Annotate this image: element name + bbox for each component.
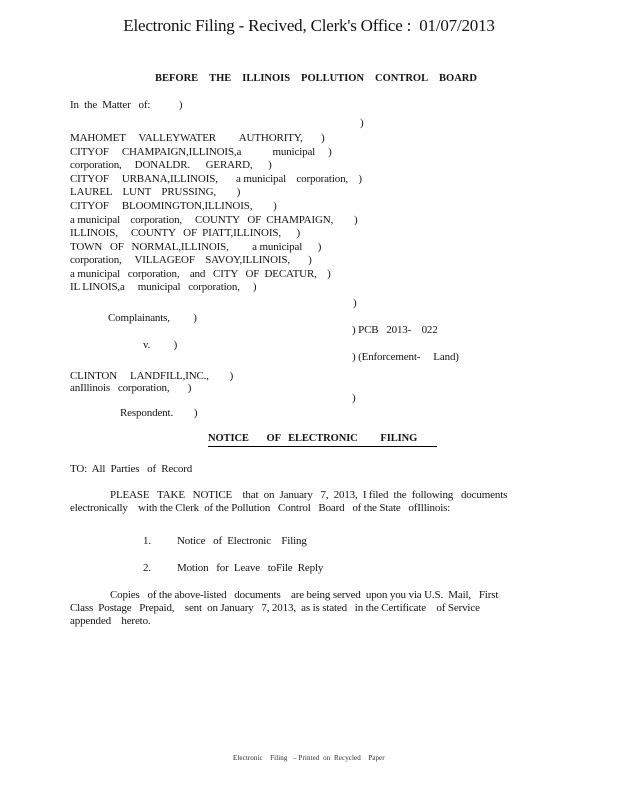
respondent-name-line: CLINTON LANDFILL,INC., ): [70, 370, 233, 383]
caption-line: LAUREL LUNT PRUSSING, ): [70, 186, 240, 199]
court-heading: BEFORE THE ILLINOIS POLLUTION CONTROL BO…: [155, 73, 477, 84]
caption-line: corporation, DONALDR. GERARD, ): [70, 159, 272, 172]
caption-line: CITYOF CHAMPAIGN,ILLINOIS,a municipal ): [70, 146, 332, 159]
in-the-matter-line: In the Matter of: ): [70, 99, 182, 112]
caption-line: CITYOF BLOOMINGTON,ILLINOIS, ): [70, 200, 277, 213]
service-paragraph-line: Class Postage Prepaid, sent on January 7…: [70, 602, 480, 615]
notice-paragraph-line: PLEASE TAKE NOTICE that on January 7, 20…: [110, 489, 507, 502]
service-paragraph-line: Copies of the above-listed documents are…: [110, 589, 498, 602]
court-heading-word: POLLUTION: [301, 73, 364, 84]
court-heading-word: BEFORE: [155, 73, 198, 84]
caption-line: IL LINOIS,a municipal corporation, ): [70, 281, 256, 294]
versus-label: v. ): [143, 339, 177, 352]
court-heading-word: CONTROL: [375, 73, 428, 84]
to-parties-line: TO: All Parties of Record: [70, 463, 192, 476]
caption-line: corporation, VILLAGEOF SAVOY,ILLINOIS, ): [70, 254, 312, 267]
document-page: Electronic Filing - Recived, Clerk's Off…: [0, 0, 618, 800]
document-list-item-2: 2. Motion for Leave toFile Reply: [143, 562, 323, 575]
notice-of-electronic-filing-heading: NOTICE OF ELECTRONIC FILING: [208, 433, 437, 447]
filing-received-banner: Electronic Filing - Recived, Clerk's Off…: [0, 16, 618, 36]
court-heading-word: ILLINOIS: [242, 73, 290, 84]
respondent-label: Respondent. ): [120, 407, 197, 420]
caption-line: TOWN OF NORMAL,ILLINOIS, a municipal ): [70, 241, 321, 254]
case-number-line: ) PCB 2013- 022: [352, 324, 438, 337]
caption-line: CITYOF URBANA,ILLINOIS, a municipal corp…: [70, 173, 362, 186]
document-list-item-1: 1. Notice of Electronic Filing: [143, 535, 307, 548]
service-paragraph-line: appended hereto.: [70, 615, 151, 628]
caption-paren: ): [353, 297, 357, 310]
court-heading-word: BOARD: [439, 73, 477, 84]
caption-paren: ): [360, 117, 364, 130]
enforcement-type-line: ) (Enforcement- Land): [352, 351, 459, 364]
notice-paragraph-line: electronically with the Clerk of the Pol…: [70, 502, 450, 515]
caption-line: a municipal corporation, COUNTY OF CHAMP…: [70, 214, 357, 227]
caption-line: MAHOMET VALLEYWATER AUTHORITY, ): [70, 132, 324, 145]
recycled-paper-footer: Electronic Filing – Printed on Recycled …: [233, 754, 385, 762]
caption-paren: ): [352, 392, 356, 405]
court-heading-word: THE: [209, 73, 231, 84]
caption-line: ILLINOIS, COUNTY OF PIATT,ILLINOIS, ): [70, 227, 300, 240]
caption-line: a municipal corporation, and CITY OF DEC…: [70, 268, 331, 281]
complainants-label: Complainants, ): [108, 312, 197, 325]
caption-line: anIllinois corporation, ): [70, 382, 191, 395]
